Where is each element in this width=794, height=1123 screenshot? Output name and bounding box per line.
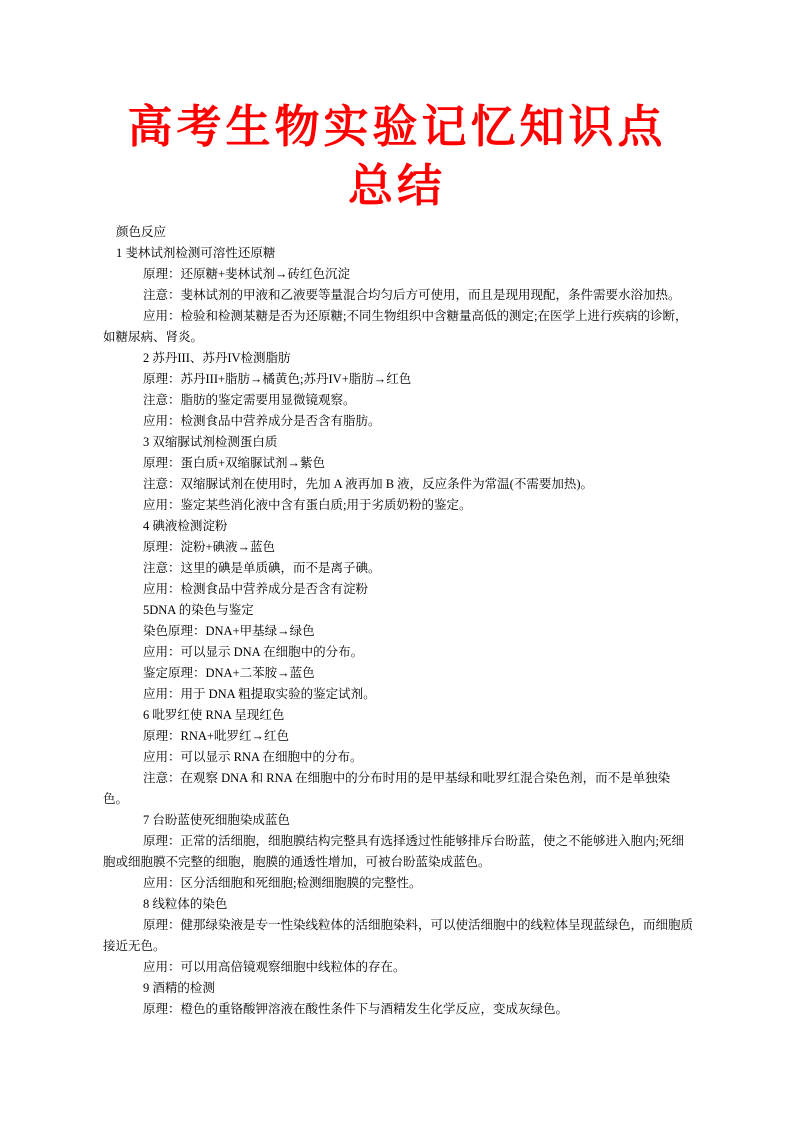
body-line: 染色原理：DNA+甲基绿→绿色	[0, 621, 794, 642]
body-line: 3 双缩脲试剂检测蛋白质	[0, 432, 794, 453]
body-line: 原理：淀粉+碘液→蓝色	[0, 537, 794, 558]
body-line: 8 线粒体的染色	[0, 894, 794, 915]
body-line: 鉴定原理：DNA+二苯胺→蓝色	[0, 663, 794, 684]
body-text: 颜色反应1 斐林试剂检测可溶性还原糖原理：还原糖+斐林试剂→砖红色沉淀注意：斐林…	[0, 222, 794, 1020]
body-line: 应用：检测食品中营养成分是否含有淀粉	[0, 579, 794, 600]
body-line: 5DNA 的染色与鉴定	[0, 600, 794, 621]
body-line: 1 斐林试剂检测可溶性还原糖	[0, 243, 794, 264]
body-line: 接近无色。	[0, 936, 794, 957]
body-line: 7 台盼蓝使死细胞染成蓝色	[0, 810, 794, 831]
body-line: 颜色反应	[0, 222, 794, 243]
body-line: 原理：还原糖+斐林试剂→砖红色沉淀	[0, 264, 794, 285]
body-line: 应用：检验和检测某糖是否为还原糖;不同生物组织中含糖量高低的测定;在医学上进行疾…	[0, 306, 794, 327]
body-line: 如糖尿病、肾炎。	[0, 327, 794, 348]
body-line: 应用：可以显示 DNA 在细胞中的分布。	[0, 642, 794, 663]
body-line: 色。	[0, 789, 794, 810]
body-line: 注意：在观察 DNA 和 RNA 在细胞中的分布时用的是甲基绿和吡罗红混合染色剂…	[0, 768, 794, 789]
doc-title-line-2: 总结	[0, 157, 794, 216]
body-line: 应用：可以显示 RNA 在细胞中的分布。	[0, 747, 794, 768]
doc-title: 高考生物实验记忆知识点 总结	[0, 98, 794, 216]
body-line: 原理：RNA+吡罗红→红色	[0, 726, 794, 747]
doc-title-line-1: 高考生物实验记忆知识点	[0, 98, 794, 157]
body-line: 原理：橙色的重铬酸钾溶液在酸性条件下与酒精发生化学反应，变成灰绿色。	[0, 999, 794, 1020]
body-line: 原理：正常的活细胞，细胞膜结构完整具有选择透过性能够排斥台盼蓝，使之不能够进入胞…	[0, 831, 794, 852]
body-line: 胞或细胞膜不完整的细胞，胞膜的通透性增加，可被台盼蓝染成蓝色。	[0, 852, 794, 873]
body-line: 应用：用于 DNA 粗提取实验的鉴定试剂。	[0, 684, 794, 705]
body-line: 原理：蛋白质+双缩脲试剂→紫色	[0, 453, 794, 474]
body-line: 应用：检测食品中营养成分是否含有脂肪。	[0, 411, 794, 432]
body-line: 6 吡罗红使 RNA 呈现红色	[0, 705, 794, 726]
body-line: 4 碘液检测淀粉	[0, 516, 794, 537]
body-line: 注意：斐林试剂的甲液和乙液要等量混合均匀后方可使用，而且是现用现配，条件需要水浴…	[0, 285, 794, 306]
body-line: 注意：双缩脲试剂在使用时，先加 A 液再加 B 液，反应条件为常温(不需要加热)…	[0, 474, 794, 495]
body-line: 应用：区分活细胞和死细胞;检测细胞膜的完整性。	[0, 873, 794, 894]
body-line: 原理：苏丹III+脂肪→橘黄色;苏丹IV+脂肪→红色	[0, 369, 794, 390]
body-line: 应用：可以用高倍镜观察细胞中线粒体的存在。	[0, 957, 794, 978]
body-line: 9 酒精的检测	[0, 978, 794, 999]
body-line: 应用：鉴定某些消化液中含有蛋白质;用于劣质奶粉的鉴定。	[0, 495, 794, 516]
document-page: 高考生物实验记忆知识点 总结 颜色反应1 斐林试剂检测可溶性还原糖原理：还原糖+…	[0, 0, 794, 1123]
body-line: 注意：脂肪的鉴定需要用显微镜观察。	[0, 390, 794, 411]
body-line: 2 苏丹III、苏丹IV检测脂肪	[0, 348, 794, 369]
body-line: 注意：这里的碘是单质碘，而不是离子碘。	[0, 558, 794, 579]
body-line: 原理：健那绿染液是专一性染线粒体的活细胞染料，可以使活细胞中的线粒体呈现蓝绿色，…	[0, 915, 794, 936]
